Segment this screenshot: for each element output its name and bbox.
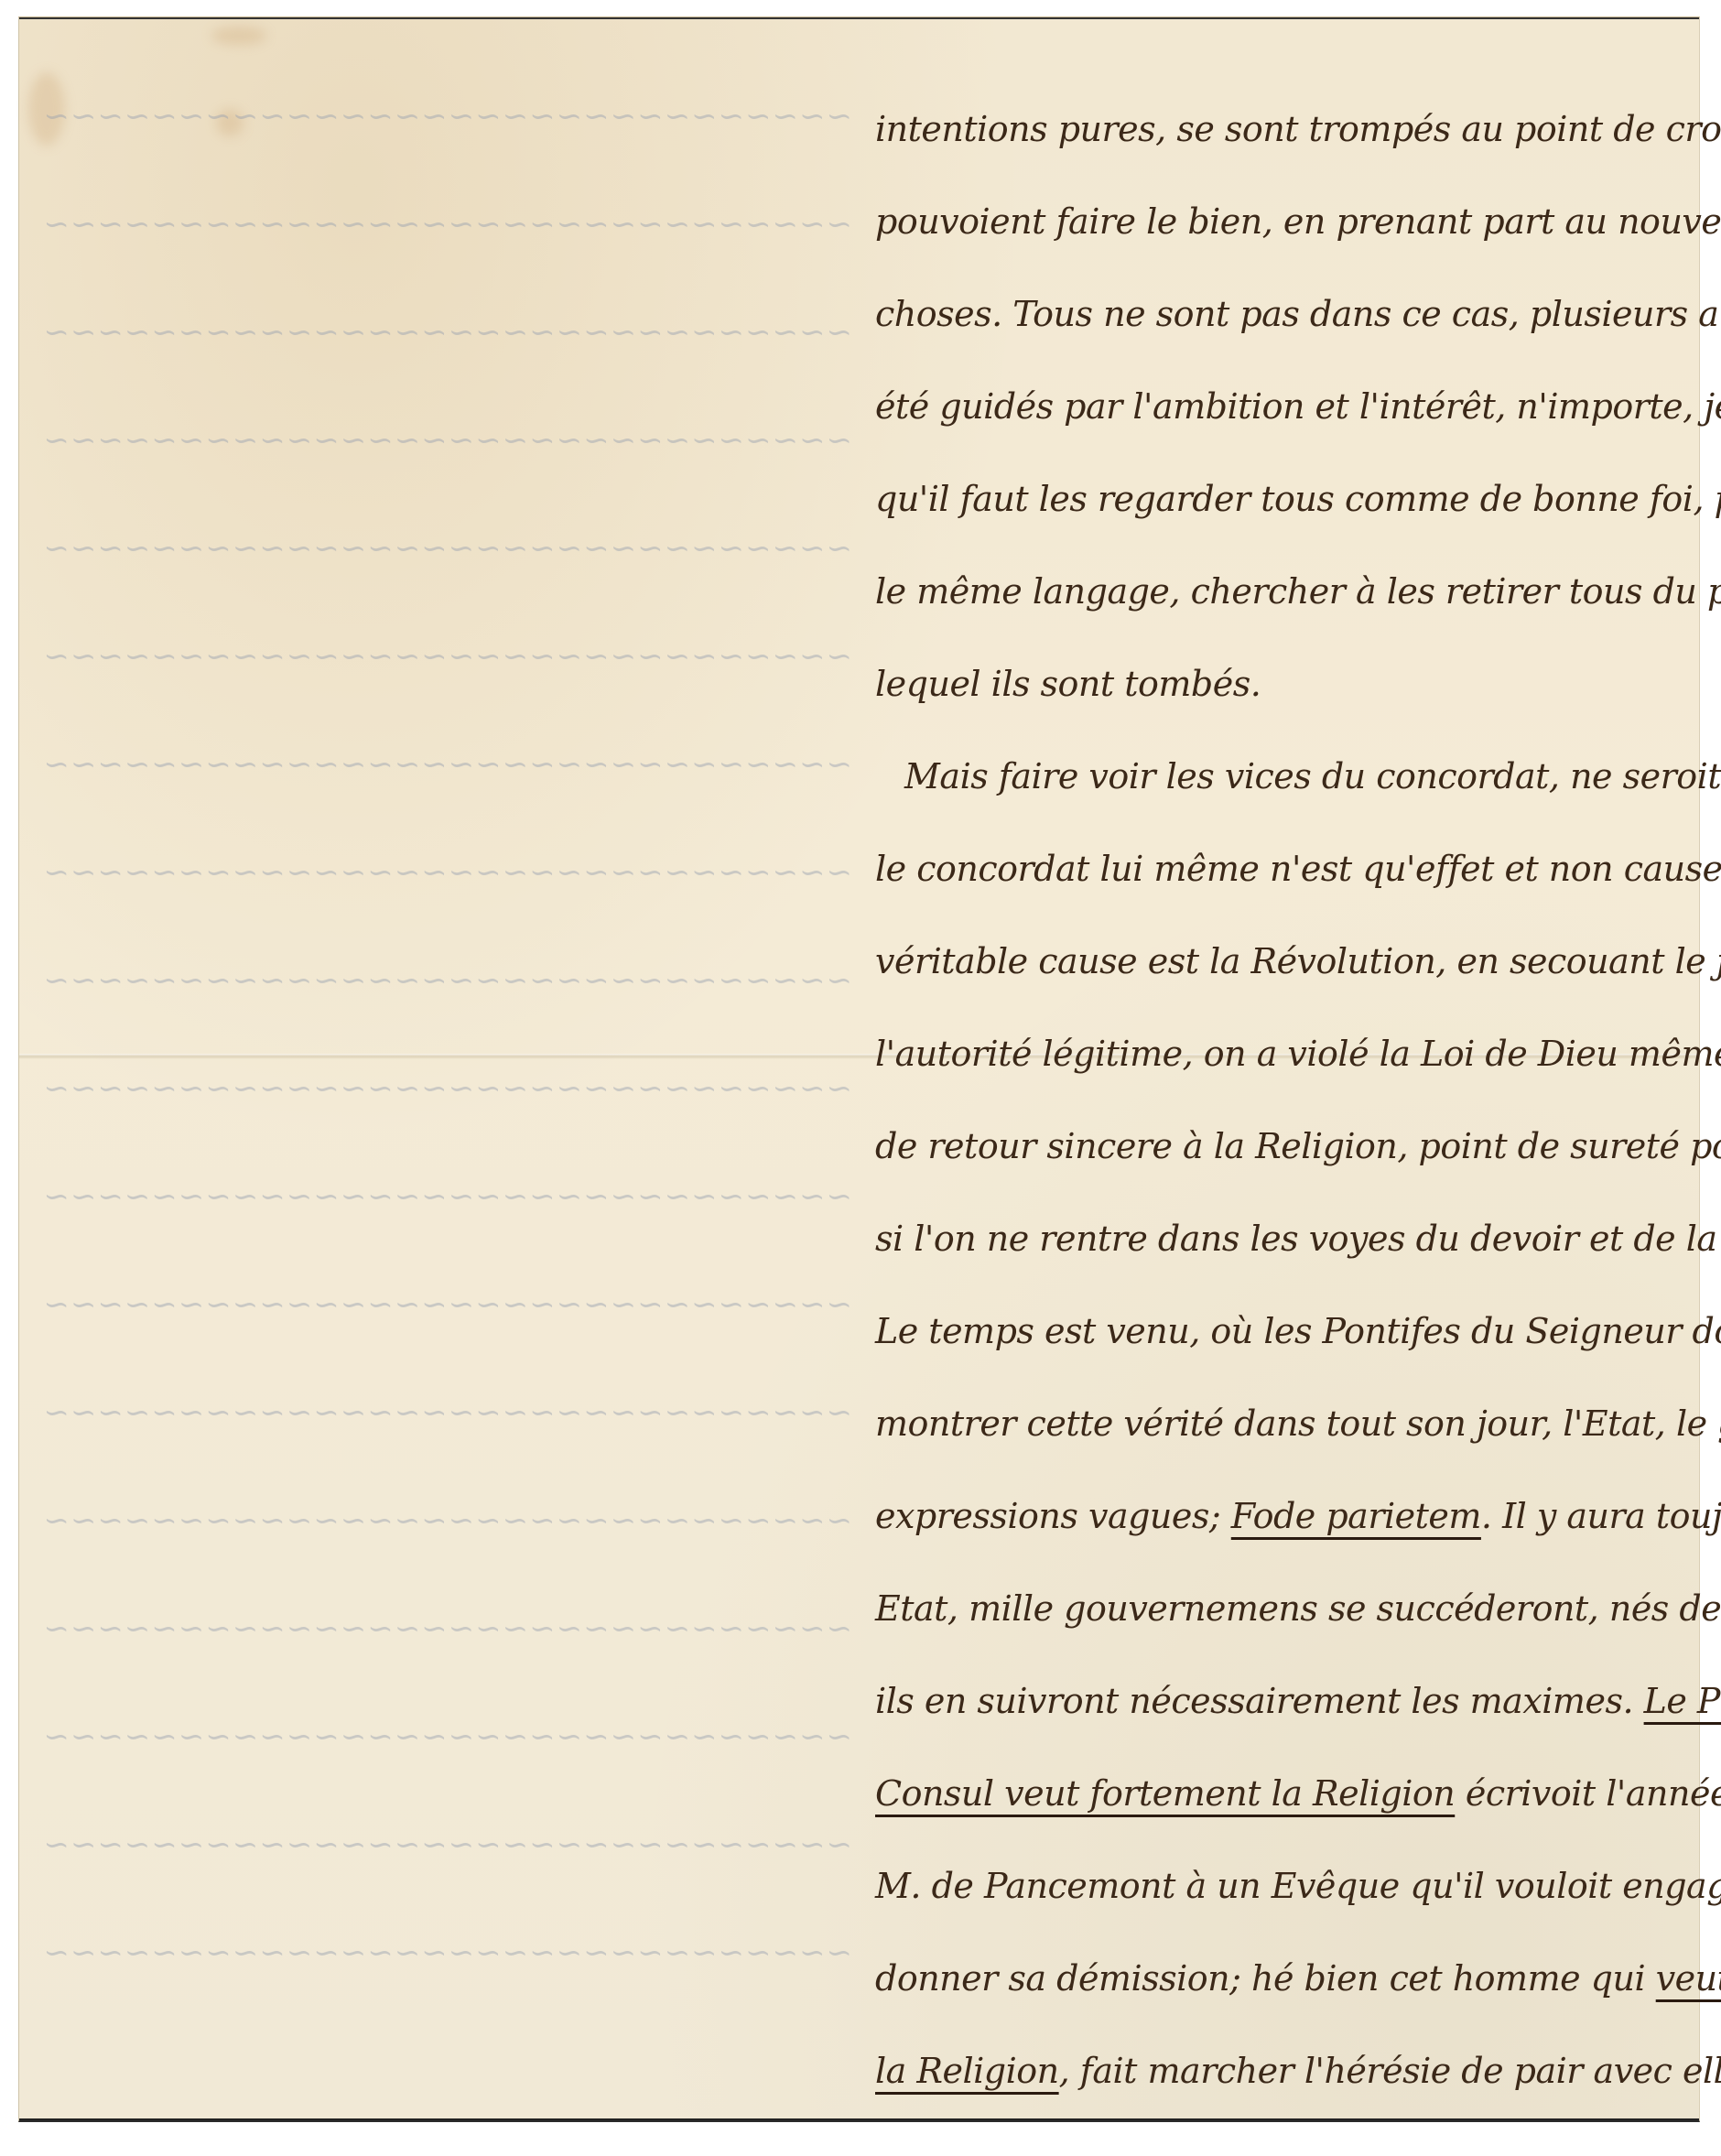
bleed-through-line: ~~~~~~~~~~~~~~~~~~~~~~~~~~~~~~~~~~~~~~~~… bbox=[47, 1502, 852, 1610]
underlined-phrase: Fode parietem bbox=[1231, 1496, 1481, 1536]
text-run: véritable cause est la Révolution, en se… bbox=[875, 941, 1721, 981]
text-run: ils en suivront nécessairement les maxim… bbox=[875, 1681, 1644, 1721]
text-run: expressions vagues; bbox=[875, 1496, 1231, 1536]
bleed-through-line: ~~~~~~~~~~~~~~~~~~~~~~~~~~~~~~~~~~~~~~~~… bbox=[47, 638, 852, 746]
bleed-through-line: ~~~~~~~~~~~~~~~~~~~~~~~~~~~~~~~~~~~~~~~~… bbox=[47, 1718, 852, 1826]
bleed-through-line: ~~~~~~~~~~~~~~~~~~~~~~~~~~~~~~~~~~~~~~~~… bbox=[47, 1286, 852, 1394]
manuscript-line: le même langage, chercher à les retirer … bbox=[875, 564, 1704, 656]
text-run: de retour sincere à la Religion, point d… bbox=[875, 1126, 1721, 1166]
bleed-through-line: ~~~~~~~~~~~~~~~~~~~~~~~~~~~~~~~~~~~~~~~~ bbox=[47, 746, 852, 854]
underlined-phrase: Le Premier bbox=[1644, 1681, 1721, 1721]
manuscript-line: M. de Pancemont à un Evêque qu'il vouloi… bbox=[875, 1858, 1704, 1951]
bleed-through-text: ~~~~~~~~~~~~~~~~~~~~~~~~~~~~~~~~~~~~~~~~… bbox=[47, 98, 852, 2042]
manuscript-line: la Religion, fait marcher l'hérésie de p… bbox=[875, 2043, 1704, 2136]
bleed-through-line: ~~~~~~~~~~~~~~~~~~~~~~~~~~~~~~~~~~~~~~~~ bbox=[47, 530, 852, 638]
manuscript-line: intentions pures, se sont trompés au poi… bbox=[875, 102, 1704, 194]
manuscript-line: Mais faire voir les vices du concordat, … bbox=[875, 749, 1704, 841]
text-run: Mais faire voir les vices du concordat, … bbox=[904, 756, 1721, 796]
bleed-through-line: ~~~~~~~~~~~~~~~~~~~~~~~~~~~~~~~~~~~~~~~~ bbox=[47, 1394, 852, 1502]
manuscript-line: montrer cette vérité dans tout son jour,… bbox=[875, 1396, 1704, 1489]
text-run: Le temps est venu, où les Pontifes du Se… bbox=[875, 1311, 1721, 1351]
text-run: Etat, mille gouvernemens se succéderont,… bbox=[875, 1588, 1721, 1629]
manuscript-line: été guidés par l'ambition et l'intérêt, … bbox=[875, 379, 1704, 471]
manuscript-line: véritable cause est la Révolution, en se… bbox=[875, 934, 1704, 1026]
bleed-through-line: ~~~~~~~~~~~~~~~~~~~~~~~~~~~~~~~~~~~~~~~~ bbox=[47, 314, 852, 422]
manuscript-line: donner sa démission; hé bien cet homme q… bbox=[875, 1951, 1704, 2043]
bleed-through-line: ~~~~~~~~~~~~~~~~~~~~~~~~~~~~~~~~~~~~~~~~ bbox=[47, 98, 852, 206]
manuscript-line: de retour sincere à la Religion, point d… bbox=[875, 1119, 1704, 1211]
manuscript-line: expressions vagues; Fode parietem. Il y … bbox=[875, 1489, 1704, 1581]
text-run: donner sa démission; hé bien cet homme q… bbox=[875, 1958, 1656, 1999]
manuscript-line: ils en suivront nécessairement les maxim… bbox=[875, 1674, 1704, 1766]
text-run: intentions pures, se sont trompés au poi… bbox=[875, 109, 1721, 149]
underlined-phrase: Consul veut fortement la Religion bbox=[875, 1773, 1455, 1814]
bleed-through-line: ~~~~~~~~~~~~~~~~~~~~~~~~~~~~~~~~~~~~~~~~… bbox=[47, 854, 852, 962]
bleed-through-line: ~~~~~~~~~~~~~~~~~~~~~~~~~~~~~~~~~~~~~~~~… bbox=[47, 1070, 852, 1178]
manuscript-line: Le temps est venu, où les Pontifes du Se… bbox=[875, 1304, 1704, 1396]
text-run: , fait marcher l'hérésie de pair avec el… bbox=[1059, 2051, 1721, 2091]
manuscript-line: le concordat lui même n'est qu'effet et … bbox=[875, 841, 1704, 934]
manuscript-line: pouvoient faire le bien, en prenant part… bbox=[875, 194, 1704, 287]
text-run: pouvoient faire le bien, en prenant part… bbox=[875, 201, 1721, 242]
bleed-through-line: ~~~~~~~~~~~~~~~~~~~~~~~~~~~~~~~~~~~~~~~~… bbox=[47, 1934, 852, 2042]
manuscript-page: ~~~~~~~~~~~~~~~~~~~~~~~~~~~~~~~~~~~~~~~~… bbox=[18, 16, 1700, 2122]
text-run: choses. Tous ne sont pas dans ce cas, pl… bbox=[875, 294, 1721, 334]
age-stain bbox=[211, 27, 266, 45]
text-run: été guidés par l'ambition et l'intérêt, … bbox=[875, 386, 1721, 427]
text-run: M. de Pancemont à un Evêque qu'il vouloi… bbox=[875, 1866, 1721, 1906]
bleed-through-line: ~~~~~~~~~~~~~~~~~~~~~~~~~~~~~~~~~~~~~~~~ bbox=[47, 962, 852, 1070]
manuscript-line: l'autorité légitime, on a violé la Loi d… bbox=[875, 1026, 1704, 1119]
manuscript-line: lequel ils sont tombés. bbox=[875, 656, 1704, 749]
manuscript-line: Etat, mille gouvernemens se succéderont,… bbox=[875, 1581, 1704, 1674]
underlined-phrase: la Religion bbox=[875, 2051, 1059, 2091]
text-run: qu'il faut les regarder tous comme de bo… bbox=[875, 479, 1721, 519]
text-run: montrer cette vérité dans tout son jour,… bbox=[875, 1403, 1721, 1444]
bleed-through-line: ~~~~~~~~~~~~~~~~~~~~~~~~~~~~~~~~~~~~~~~~… bbox=[47, 422, 852, 530]
manuscript-line: qu'il faut les regarder tous comme de bo… bbox=[875, 471, 1704, 564]
text-run: le concordat lui même n'est qu'effet et … bbox=[875, 849, 1721, 889]
bleed-through-line: ~~~~~~~~~~~~~~~~~~~~~~~~~~~~~~~~~~~~~~~~… bbox=[47, 206, 852, 314]
manuscript-line: si l'on ne rentre dans les voyes du devo… bbox=[875, 1211, 1704, 1304]
text-run: . Il y aura toujours un bbox=[1481, 1496, 1721, 1536]
manuscript-text: intentions pures, se sont trompés au poi… bbox=[875, 102, 1704, 2136]
bleed-through-line: ~~~~~~~~~~~~~~~~~~~~~~~~~~~~~~~~~~~~~~~~ bbox=[47, 1178, 852, 1286]
text-run: lequel ils sont tombés. bbox=[875, 664, 1261, 704]
text-run: l'autorité légitime, on a violé la Loi d… bbox=[875, 1034, 1721, 1074]
manuscript-line: choses. Tous ne sont pas dans ce cas, pl… bbox=[875, 287, 1704, 379]
bleed-through-line: ~~~~~~~~~~~~~~~~~~~~~~~~~~~~~~~~~~~~~~~~ bbox=[47, 1610, 852, 1718]
bleed-through-line: ~~~~~~~~~~~~~~~~~~~~~~~~~~~~~~~~~~~~~~~~ bbox=[47, 1826, 852, 1934]
text-run: écrivoit l'année derniere bbox=[1455, 1773, 1721, 1814]
underlined-phrase: veut fortement bbox=[1656, 1958, 1721, 1999]
text-run: le même langage, chercher à les retirer … bbox=[875, 571, 1721, 612]
manuscript-line: Consul veut fortement la Religion écrivo… bbox=[875, 1766, 1704, 1858]
text-run: si l'on ne rentre dans les voyes du devo… bbox=[875, 1219, 1721, 1259]
